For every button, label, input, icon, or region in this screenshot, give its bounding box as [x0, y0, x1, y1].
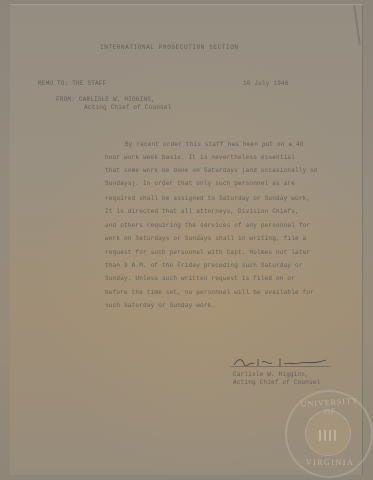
signatory-title: Acting Chief of Counsel	[233, 379, 320, 386]
rotunda-icon	[305, 410, 351, 456]
body-line: before the time set, no personnel will b…	[105, 289, 314, 296]
body-line: request for such personnel with Capt. Ho…	[105, 249, 310, 256]
signatory-name: Carlisle W. Higgins,	[233, 371, 309, 378]
body-line: and others requiring the services of any…	[105, 222, 310, 229]
signature-rule	[230, 366, 330, 367]
memo-recipient: MEMO TO: THE STAFF	[38, 80, 106, 87]
body-line: such Saturday or Sunday work.	[105, 302, 215, 309]
university-watermark: UNIVERSITY OF VIRGINIA	[285, 390, 373, 478]
body-line: It is directed that all attorneys, Divis…	[105, 208, 299, 215]
body-line: than 9 A.M. of the Friday preceding such…	[105, 262, 303, 269]
body-line: hour work week basis. It is nevertheless…	[105, 154, 295, 161]
watermark-bottom-text: VIRGINIA	[295, 458, 365, 467]
body-line: By recent order this staff has been put …	[125, 141, 304, 148]
memo-sender: FROM: CARLISLE W. HIGGINS,	[56, 96, 155, 103]
body-line: work on Saturdays or Sundays shall in wr…	[105, 235, 306, 242]
memo-date: 10 July 1946	[243, 80, 289, 87]
memo-sender-title: Acting Chief of Counsel	[84, 104, 171, 111]
body-line: required shall be assigned to Saturday o…	[105, 195, 310, 202]
body-line: that some work be done on Saturdays (and…	[105, 167, 318, 174]
section-header: INTERNATIONAL PROSECUTION SECTION	[100, 44, 239, 51]
body-line: Sundays). In order that only such person…	[105, 180, 295, 187]
paper-fold	[353, 5, 361, 45]
body-line: Sunday. Unless such written request is f…	[105, 275, 295, 282]
